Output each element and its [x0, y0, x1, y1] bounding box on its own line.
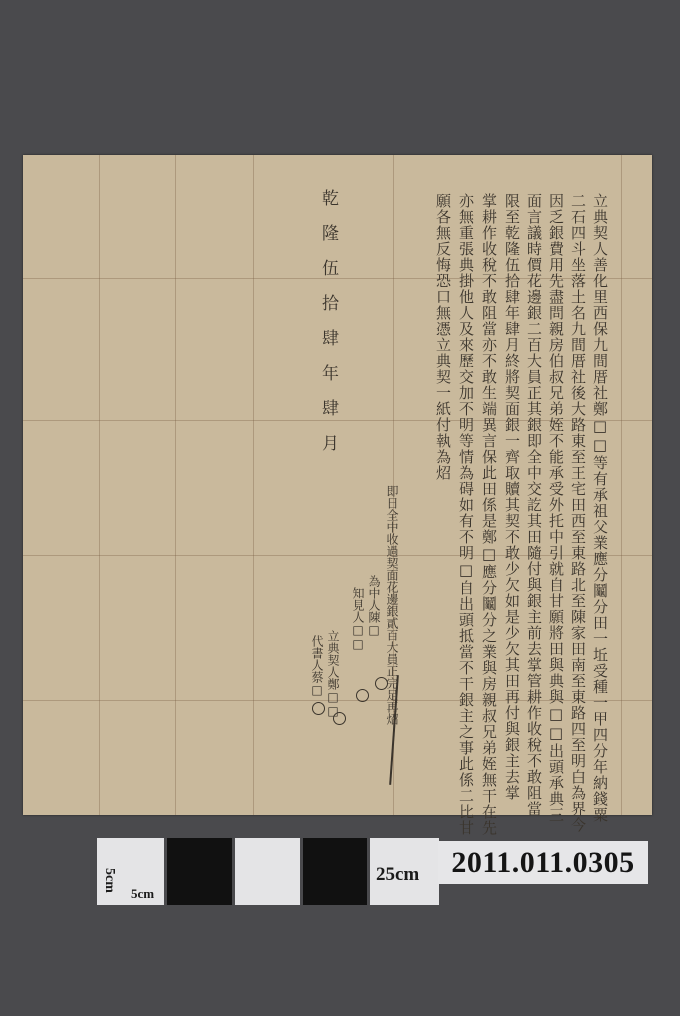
scale-label-vertical: 5cm: [101, 868, 117, 893]
scale-block-white: 5cm 5cm: [97, 838, 164, 905]
date-line: 乾隆伍拾肆年肆月: [316, 189, 341, 469]
deed-text-column-6: 掌耕作收稅不敢阻當亦不敢生端異言保此田係是鄭□應分鬮分之業與房親叔兄弟姪無干在先: [480, 193, 498, 836]
scale-label-5cm: 5cm: [131, 886, 154, 902]
scale-label-25cm: 25cm: [376, 864, 419, 886]
fold-line: [253, 155, 254, 815]
scale-block-white: [235, 838, 300, 905]
scale-block-black: [303, 838, 367, 905]
fold-line: [175, 155, 176, 815]
fold-line: [621, 155, 622, 815]
signature-middleman: 為中人陳□: [367, 575, 381, 637]
deed-text-column-7: 亦無重張典掛他人及來歷交加不明等情為碍如有不明□自出頭抵當不干銀主之事此係二比甘: [457, 193, 475, 836]
deed-paper: 立典契人善化里西保九間厝社鄭□□等有承祖父業應分鬮分田一坵受種一甲四分年納錢粟 …: [23, 155, 652, 815]
deed-text-column-2: 二石四斗坐落土名九間厝社後大路東至王宅田西至東路北至陳家田南至東路四至明白為界今: [569, 193, 587, 833]
deed-text-column-4: 面言議時價花邊銀二百大員正其銀即全中交訖其田隨付與銀主前去掌管耕作收稅不敢阻當: [525, 193, 543, 817]
deed-text-column-1: 立典契人善化里西保九間厝社鄭□□等有承祖父業應分鬮分田一坵受種一甲四分年納錢粟: [591, 193, 609, 823]
scale-bar: 5cm 5cm 25cm: [97, 838, 439, 905]
seal-mark: [312, 702, 325, 715]
deed-text-column-5: 限至乾隆伍拾肆年肆月終將契面銀一齊取贖其契不敢少欠如是少欠其田再付與銀主去掌: [503, 193, 521, 801]
seal-mark: [356, 689, 369, 702]
seal-mark: [333, 712, 346, 725]
deed-text-column-8: 願各無反悔恐口無憑立典契一紙付執為炤: [434, 193, 452, 481]
accession-number-label: 2011.011.0305: [438, 841, 648, 884]
seal-mark: [375, 677, 388, 690]
scale-block-black: [167, 838, 232, 905]
deed-text-column-3: 因乏銀費用先盡問親房伯叔兄弟姪不能承受外托中引就自甘願將田與典與□□出頭承典三: [547, 193, 565, 823]
signature-issuer: 立典契人鄭□□: [326, 630, 340, 718]
fold-line: [99, 155, 100, 815]
signature-witness: 知見人□□: [351, 587, 365, 651]
scale-block-white: 25cm: [370, 838, 439, 905]
signature-scribe: 代書人蔡□: [310, 635, 324, 697]
